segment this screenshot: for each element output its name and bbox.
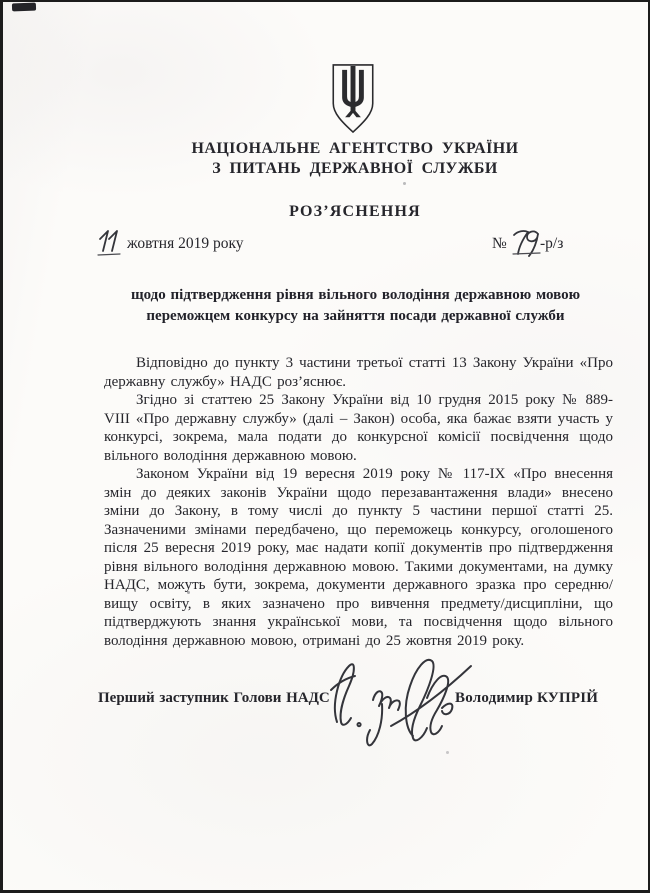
number-sign: № <box>492 235 507 253</box>
handwritten-number <box>511 225 541 257</box>
scanned-document: НАЦІОНАЛЬНЕ АГЕНТСТВО УКРАЇНИ З ПИТАНЬ Д… <box>0 0 650 893</box>
agency-name-block: НАЦІОНАЛЬНЕ АГЕНТСТВО УКРАЇНИ З ПИТАНЬ Д… <box>75 139 635 178</box>
date-printed: жовтня 2019 року <box>127 235 244 253</box>
number-suffix: -р/з <box>540 235 563 253</box>
coat-of-arms-emblem <box>327 62 379 136</box>
ukraine-trident-icon <box>327 62 379 136</box>
handwritten-signature-icon <box>321 638 476 764</box>
handwritten-date-day <box>96 228 122 257</box>
signer-name: Володимир КУПРІЙ <box>455 690 598 707</box>
body-text: Відповідно до пункту 3 частини третьої с… <box>104 354 613 650</box>
document-type-title: РОЗ’ЯСНЕННЯ <box>75 203 635 221</box>
subject-heading: щодо підтвердження рівня вільного володі… <box>78 285 633 327</box>
paragraph-1: Відповідно до пункту 3 частини третьої с… <box>104 354 613 391</box>
paragraph-2: Згідно зі статтею 25 Закону України від … <box>104 391 613 465</box>
document-page: НАЦІОНАЛЬНЕ АГЕНТСТВО УКРАЇНИ З ПИТАНЬ Д… <box>3 2 648 890</box>
signer-title: Перший заступник Голови НАДС <box>98 690 330 707</box>
subject-line2: переможцем конкурсу на зайняття посади д… <box>78 306 633 327</box>
subject-line1: щодо підтвердження рівня вільного володі… <box>78 285 633 306</box>
scan-speck <box>403 182 406 185</box>
agency-name-line2: З ПИТАНЬ ДЕРЖАВНОЇ СЛУЖБИ <box>75 159 635 179</box>
agency-name-line1: НАЦІОНАЛЬНЕ АГЕНТСТВО УКРАЇНИ <box>75 139 635 159</box>
paragraph-3: Законом України від 19 вересня 2019 року… <box>104 465 613 650</box>
scan-artifact-blob <box>12 3 36 12</box>
